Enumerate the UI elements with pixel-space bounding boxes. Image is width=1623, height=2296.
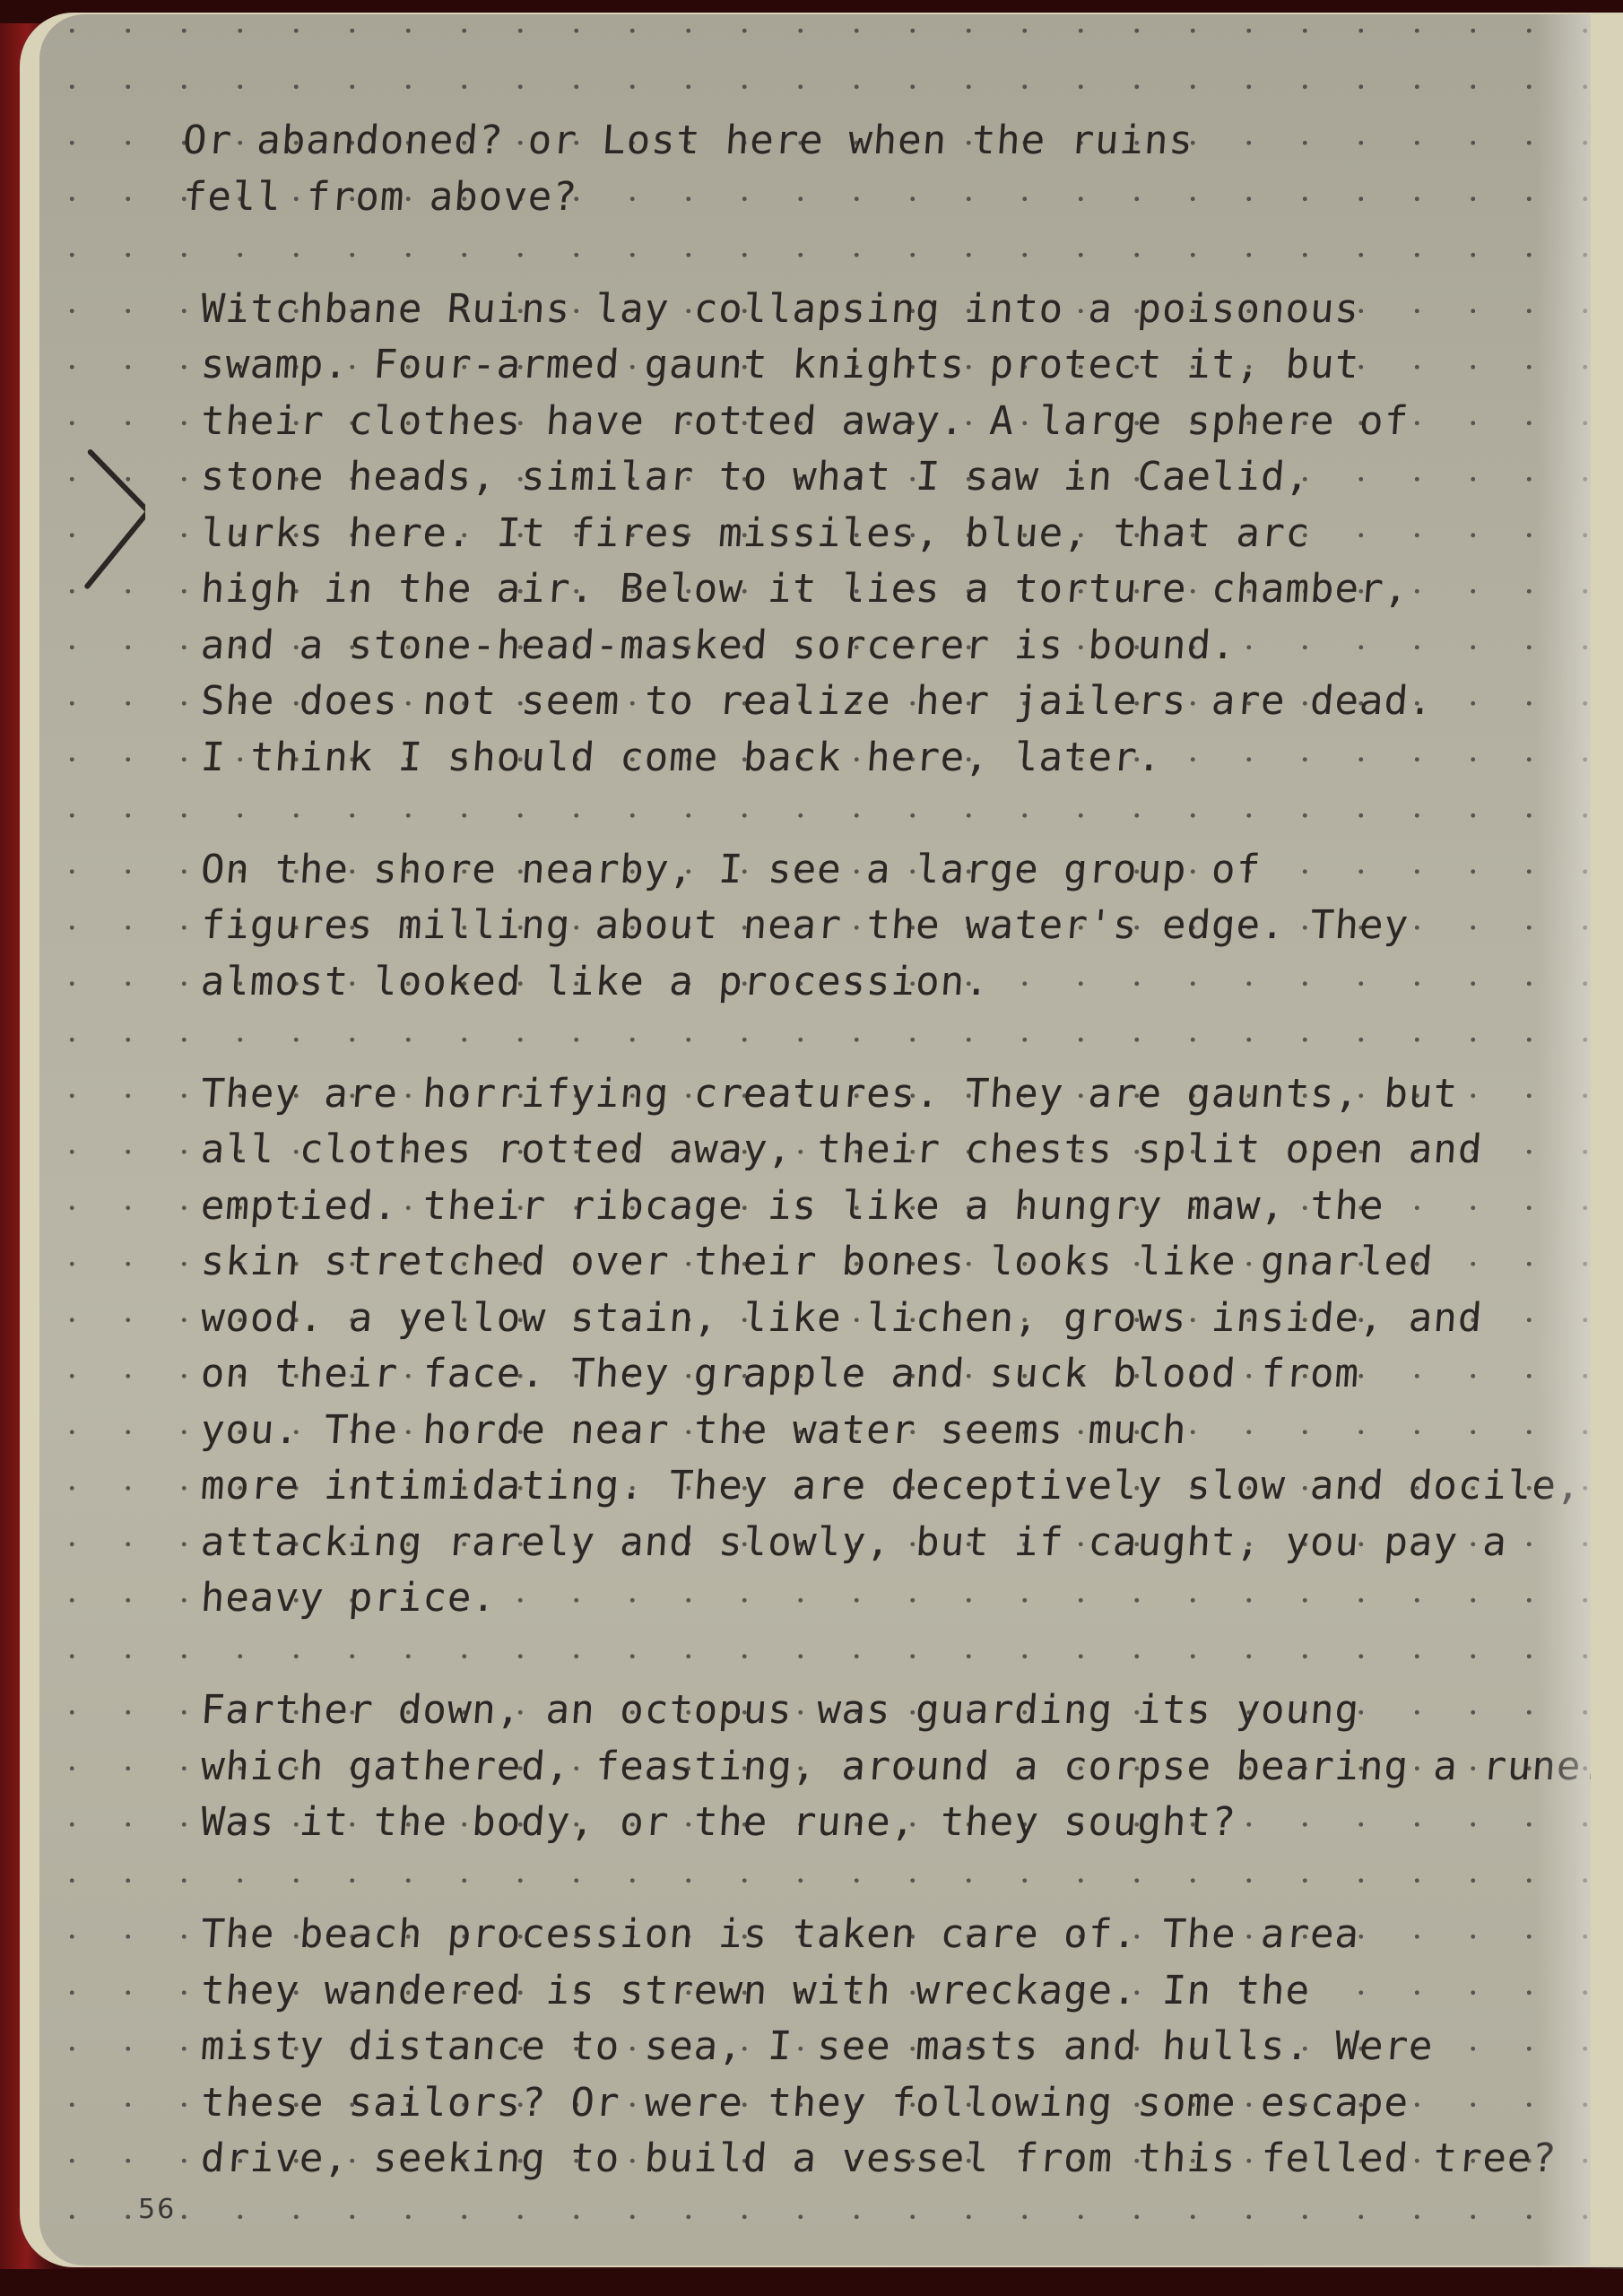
text-line: almost looked like a procession. [199,954,1584,1011]
paragraph: Witchbane Ruins lay collapsing into a po… [183,282,1582,787]
text-line: these sailors? Or were they following so… [199,2075,1584,2132]
margin-arrow-icon [82,448,145,619]
text-line: misty distance to sea, I see masts and h… [199,2019,1584,2075]
text-line: figures milling about near the water's e… [199,898,1584,954]
text-line: Or abandoned? or Lost here when the ruin… [181,113,1584,170]
text-line: She does not seem to realize her jailers… [199,674,1584,730]
text-line: Was it the body, or the rune, they sough… [199,1795,1584,1851]
text-line: which gathered, feasting, around a corps… [199,1739,1584,1796]
text-line: I think I should come back here, later. [199,730,1584,787]
text-line: stone heads, similar to what I saw in Ca… [199,449,1584,506]
page-number: 56 [138,2194,176,2225]
text-line: drive, seeking to build a vessel from th… [199,2131,1584,2187]
text-line: all clothes rotted away, their chests sp… [199,1122,1584,1178]
text-line: On the shore nearby, I see a large group… [199,842,1584,899]
text-line: heavy price. [199,1570,1584,1627]
text-line: fell from above? [181,170,1584,226]
notebook-page: Or abandoned? or Lost here when the ruin… [39,14,1591,2266]
text-line: they wandered is strewn with wreckage. I… [199,1963,1584,2020]
paragraph: On the shore nearby, I see a large group… [183,842,1582,1011]
text-line: high in the air. Below it lies a torture… [199,561,1584,618]
text-line: on their face. They grapple and suck blo… [199,1346,1584,1403]
text-line: attacking rarely and slowly, but if caug… [199,1515,1584,1571]
text-line: you. The horde near the water seems much [199,1403,1584,1459]
paragraph: They are horrifying creatures. They are … [183,1066,1582,1627]
paragraph: The beach procession is taken care of. T… [183,1907,1582,2187]
paragraph: Farther down, an octopus was guarding it… [183,1683,1582,1851]
text-line: Farther down, an octopus was guarding it… [199,1683,1584,1739]
text-line: wood. a yellow stain, like lichen, grows… [199,1291,1584,1347]
handwritten-entry: Or abandoned? or Lost here when the ruin… [183,113,1582,2187]
text-line: emptied. their ribcage is like a hungry … [199,1178,1584,1235]
text-line: and a stone-head-masked sorcerer is boun… [199,618,1584,674]
text-line: Witchbane Ruins lay collapsing into a po… [199,282,1584,338]
text-line: skin stretched over their bones looks li… [199,1234,1584,1291]
text-line: swamp. Four-armed gaunt knights protect … [199,337,1584,394]
text-line: lurks here. It fires missiles, blue, tha… [199,506,1584,562]
text-line: their clothes have rotted away. A large … [199,394,1584,450]
paragraph: Or abandoned? or Lost here when the ruin… [183,113,1582,225]
text-line: They are horrifying creatures. They are … [199,1066,1584,1123]
cover-bottom-edge [0,2269,1623,2296]
text-line: more intimidating. They are deceptively … [199,1458,1584,1515]
text-line: The beach procession is taken care of. T… [199,1907,1584,1963]
